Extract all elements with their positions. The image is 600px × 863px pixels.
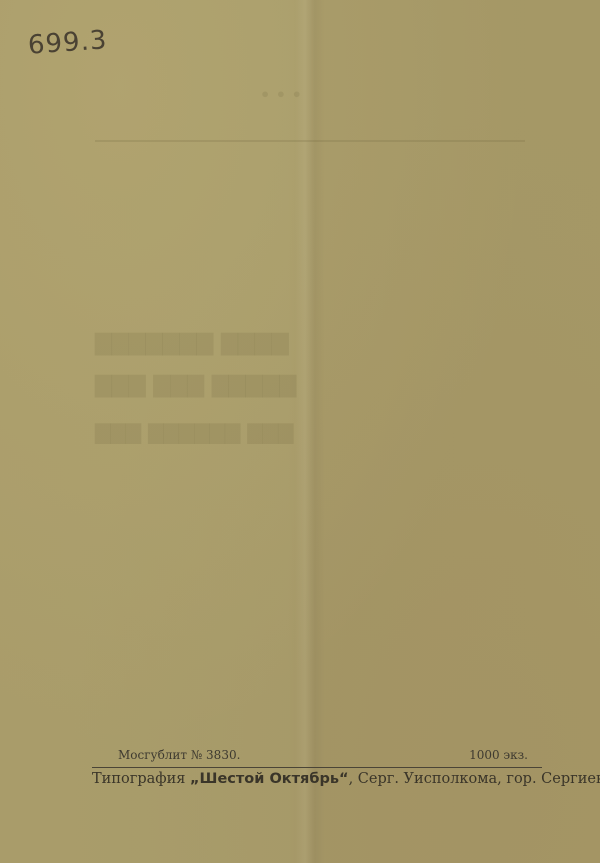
copies-count: 1000 экз. (469, 748, 528, 762)
inventory-number: 699.3 (27, 25, 108, 60)
publisher-line: Мосгублит № 3830. (118, 748, 240, 762)
printer-line: Типография „Шестой Октябрь“, Серг. Уиспо… (92, 771, 547, 787)
page-fold (295, 0, 325, 863)
imprint-rule (92, 767, 542, 768)
printer-prefix: Типография (92, 771, 190, 787)
imprint-top-line: Мосгублит № 3830. 1000 экз. (118, 748, 528, 762)
printer-name: „Шестой Октябрь“ (190, 771, 349, 787)
printer-suffix: , Серг. Уисполкома, гор. Сергиев. (349, 771, 600, 787)
